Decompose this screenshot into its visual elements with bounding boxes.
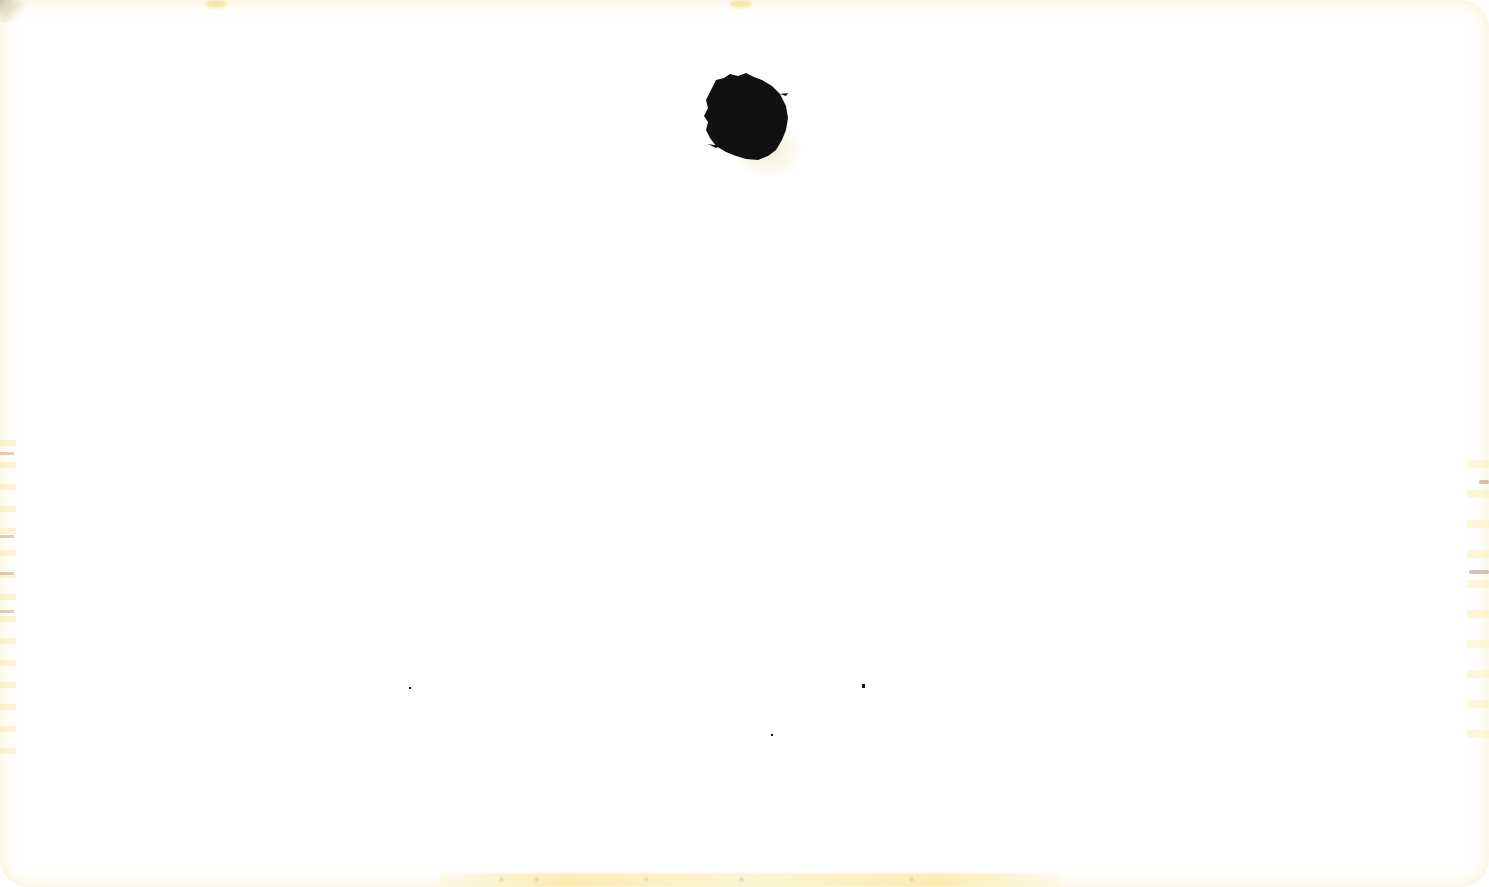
edge-mark [0,535,14,538]
ink-blot-shape [702,72,788,160]
edge-speck [740,878,743,881]
stray-speck [409,687,411,689]
edge-mark [0,610,14,613]
edge-mark [1469,570,1489,574]
edge-mark [1479,480,1489,484]
right-edge-artifact [1467,460,1489,750]
edge-speck [500,878,503,881]
top-edge-smudge [205,0,227,8]
edge-mark [0,572,14,575]
stray-speck [862,684,865,688]
edge-mark [0,452,14,455]
top-edge-smudge [730,0,752,8]
edge-speck [645,878,648,881]
left-edge-artifact [0,440,16,760]
corner-stain [0,0,30,22]
edge-speck [535,878,538,881]
edge-speck [910,878,913,881]
bottom-edge-artifact [440,873,1060,887]
image-canvas [0,0,1489,887]
ink-blot [700,70,810,185]
stray-speck [771,734,773,736]
